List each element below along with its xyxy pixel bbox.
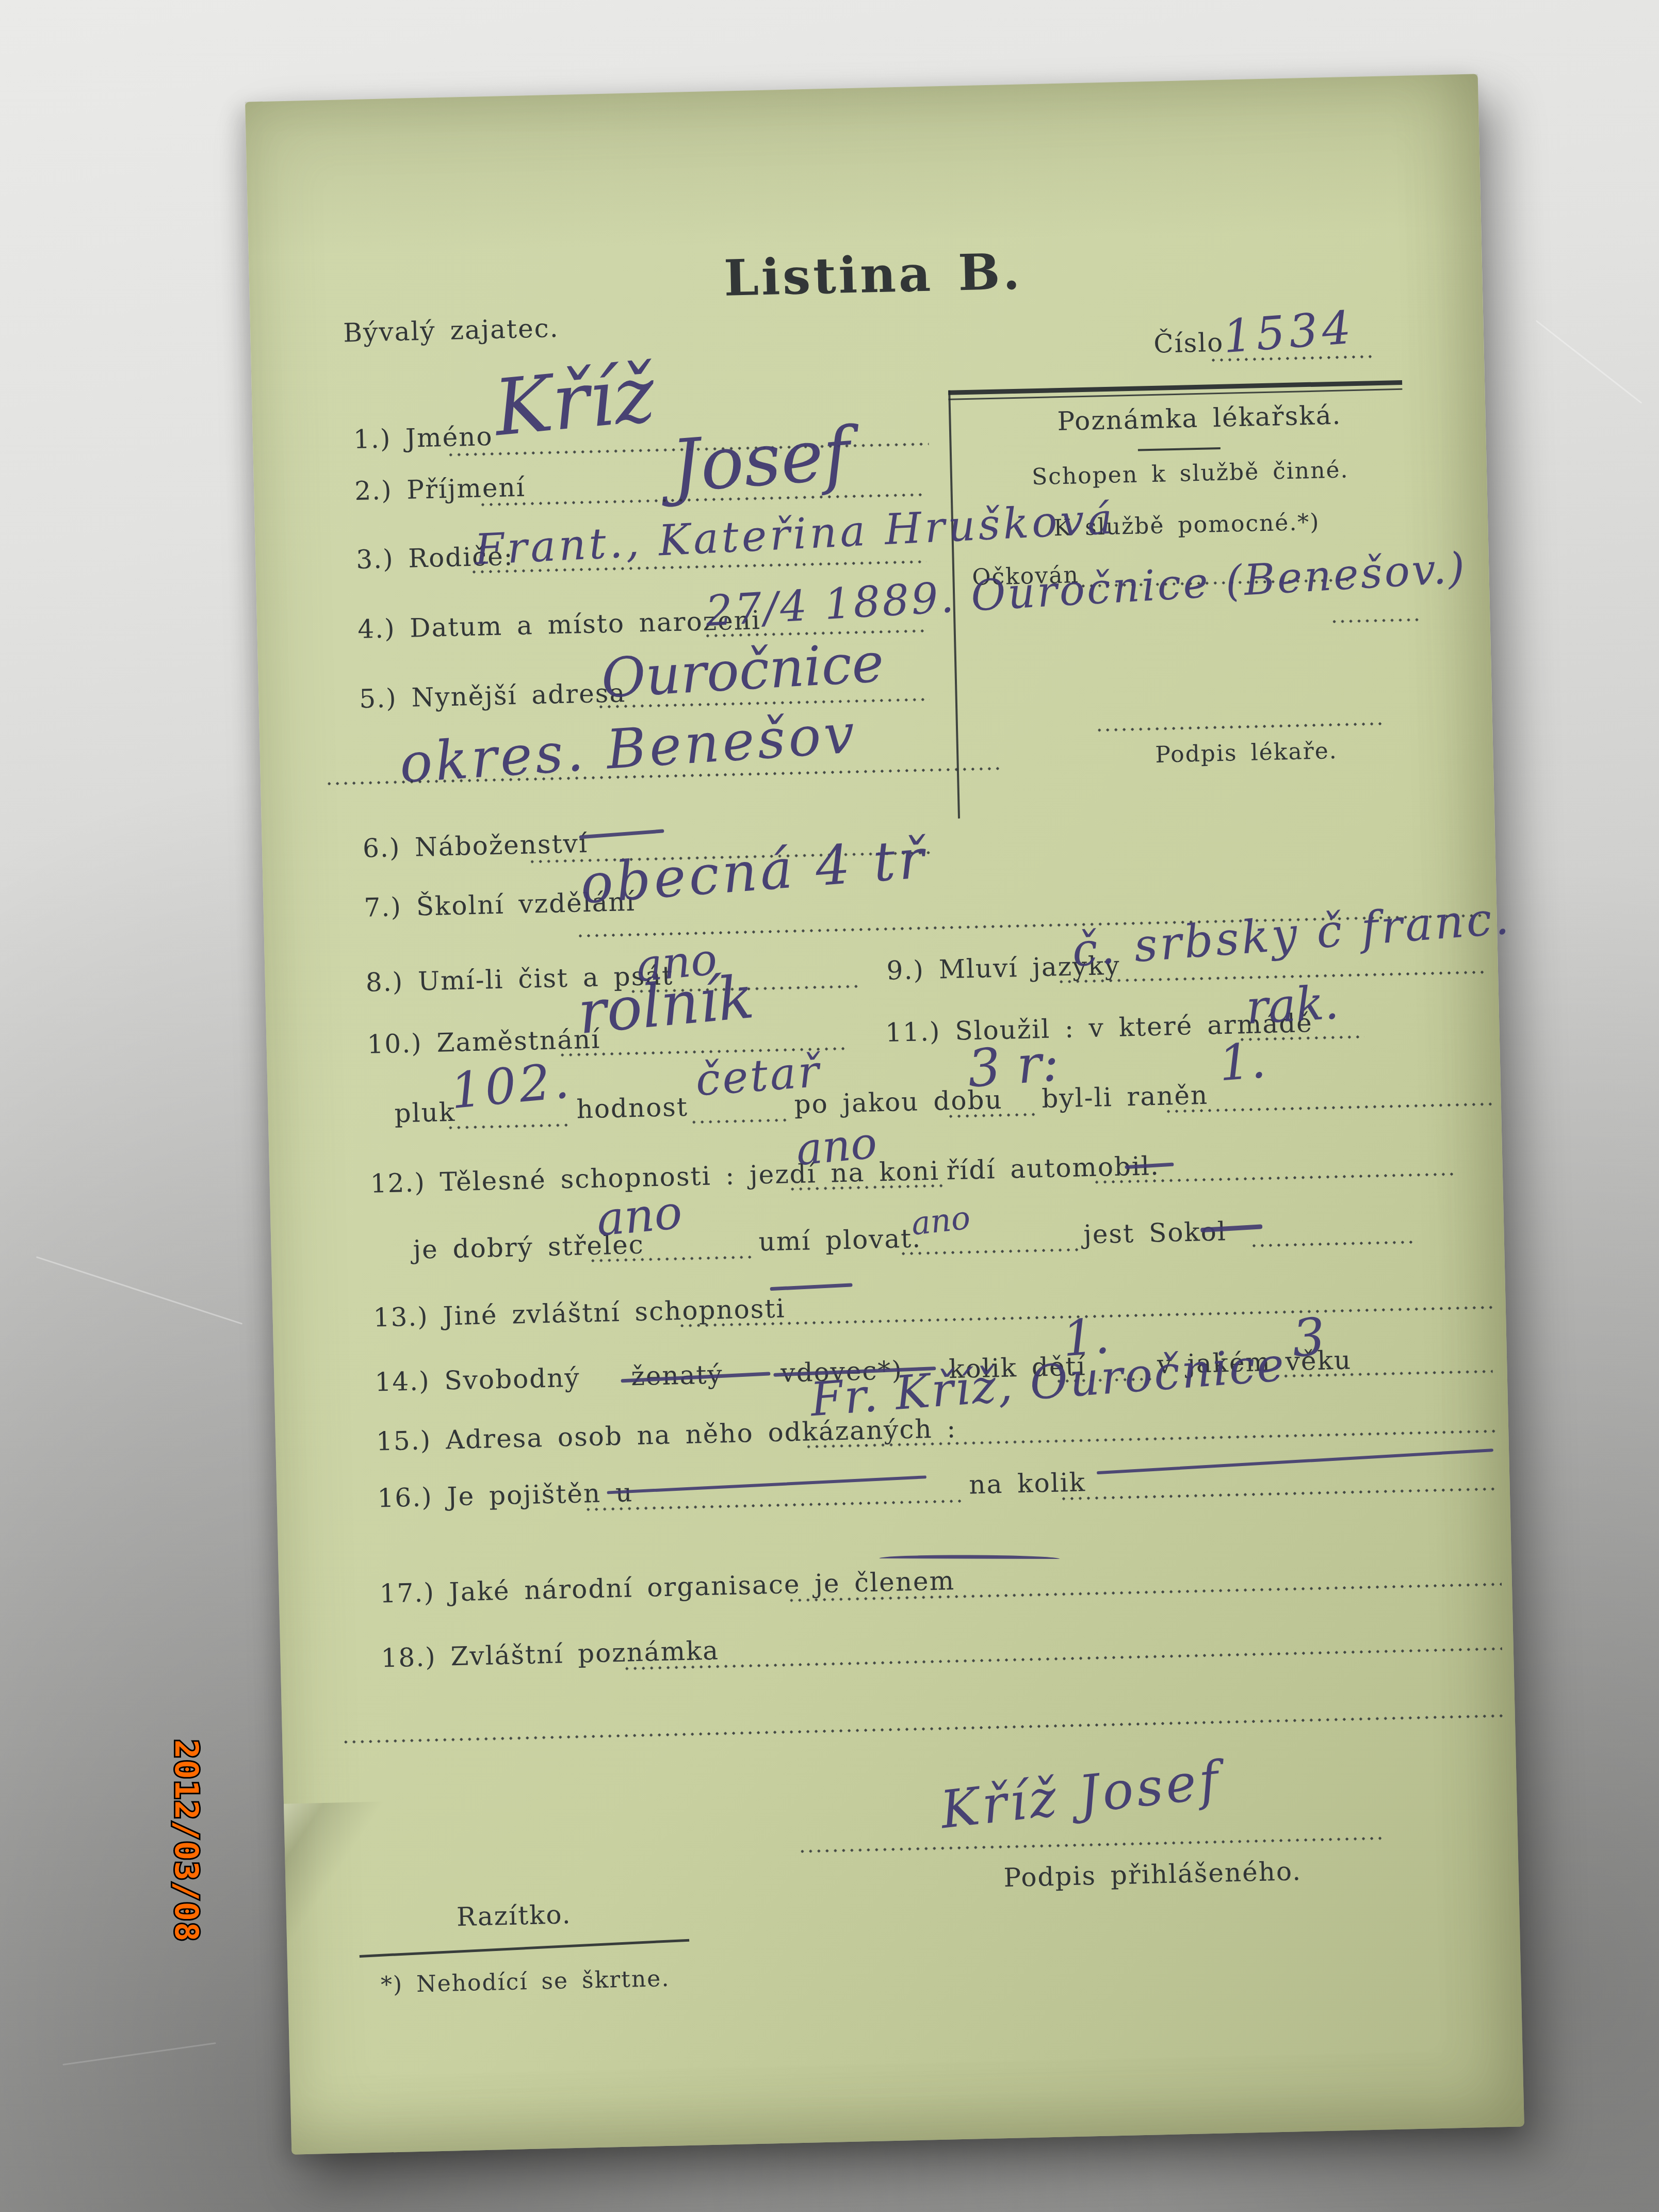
field-10-handwritten-value: rolník: [576, 968, 757, 1043]
footnote-rule: [360, 1939, 689, 1958]
photo-scene: Listina B. Bývalý zajatec. Číslo 1534 Po…: [0, 0, 1659, 2212]
footnote-text: *) Nehodící se škrtne.: [381, 1966, 670, 1998]
good-shooter-handwritten-value: ano: [595, 1189, 684, 1243]
number-label: Číslo: [1153, 329, 1224, 359]
how-much-pen-line: [1097, 1449, 1493, 1474]
field-1-handwritten-value: Kříž: [491, 355, 658, 447]
field-4-dotted-line-right: [1332, 618, 1420, 623]
regiment-dotted-line: [449, 1124, 567, 1129]
can-swim-label: umí plovat.: [758, 1224, 922, 1256]
field-5-address-label: 5.) Nynější adresa: [359, 679, 626, 713]
form-title: Listina B.: [723, 245, 1023, 306]
surface-scratch: [36, 1256, 242, 1325]
field-17-pen-dash: [879, 1555, 1060, 1559]
wounded-label: byl-li raněn: [1042, 1081, 1209, 1113]
surface-scratch: [62, 2042, 216, 2065]
rides-horse-handwritten-value: ano: [794, 1121, 879, 1172]
field-5-handwritten-value: Ouročnice: [600, 636, 885, 706]
sokol-dotted-line: [1253, 1241, 1418, 1247]
field-18-dotted-line: [625, 1647, 1502, 1670]
sokol-member-label: jest Sokol: [1083, 1217, 1227, 1249]
insured-pen-line: [607, 1475, 926, 1494]
extra-dotted-line: [344, 1714, 1505, 1744]
surface-scratch: [1536, 320, 1642, 403]
medical-box-heading: Poznámka lékařská.: [1057, 401, 1342, 436]
applicant-signature-handwriting: Kříž Josef: [938, 1754, 1224, 1836]
field-1-name-label: 1.) Jméno: [353, 422, 493, 454]
how-much-dotted-line: [1062, 1487, 1498, 1500]
field-6-religion-label: 6.) Náboženství: [362, 829, 588, 863]
rank-label: hodnost: [576, 1093, 689, 1124]
field-7-handwritten-value: obecná 4 tř: [578, 832, 929, 912]
wounded-handwritten-value: 1.: [1217, 1036, 1267, 1089]
wounded-dotted-line: [1167, 1102, 1492, 1113]
rank-dotted-line: [692, 1118, 788, 1124]
field-9-handwritten-value: č. srbsky č franc.: [1070, 895, 1512, 973]
applicant-signature-dotted-line: [801, 1836, 1384, 1853]
paper-crease: [245, 74, 1481, 256]
fit-active-service-line: Schopen k službě činné.: [1032, 458, 1349, 490]
how-much-label: na kolik: [969, 1468, 1086, 1499]
field-3-handwritten-value: Frant., Kateřina Hrušková: [474, 498, 1116, 572]
medical-heading-underline: [1138, 447, 1221, 451]
field-4-birth-label: 4.) Datum a místo narozeni: [357, 606, 761, 644]
doctor-signature-dotted-line: [1098, 722, 1387, 732]
former-prisoner-subtitle: Bývalý zajatec.: [343, 314, 559, 347]
insured-dotted-line: [587, 1500, 963, 1511]
field-17-organisations-label: 17.) Jaké národní organisace je členem: [379, 1567, 955, 1608]
field-13-pen-dash: [770, 1283, 852, 1291]
form-paper: Listina B. Bývalý zajatec. Číslo 1534 Po…: [245, 74, 1524, 2154]
can-swim-handwritten-value: ano: [910, 1202, 972, 1240]
medical-box-top-border: [948, 380, 1402, 400]
number-handwritten-value: 1534: [1222, 304, 1357, 360]
camera-date-stamp: 2012/03/08: [168, 1739, 205, 1942]
field-14-single-label: 14.) Svobodný: [375, 1364, 580, 1397]
applicant-signature-label: Podpis přihlášeného.: [1003, 1857, 1302, 1892]
doctor-signature-label: Podpis lékaře.: [1155, 739, 1338, 768]
stamp-label: Razítko.: [456, 1900, 572, 1931]
can-swim-dotted-line: [902, 1248, 1080, 1255]
field-11-handwritten-value: rak.: [1245, 980, 1340, 1031]
field-6-pen-dash: [579, 829, 664, 839]
regiment-handwritten-value: 102.: [449, 1056, 574, 1116]
children-age-handwritten-value: 3: [1290, 1311, 1327, 1364]
regiment-label: pluk: [394, 1098, 456, 1128]
field-13-special-skills-label: 13.) Jiné zvláštní schopnosti: [373, 1294, 786, 1332]
field-2-surname-label: 2.) Příjmení: [354, 473, 526, 506]
field-2-handwritten-value: Josef: [669, 418, 852, 503]
